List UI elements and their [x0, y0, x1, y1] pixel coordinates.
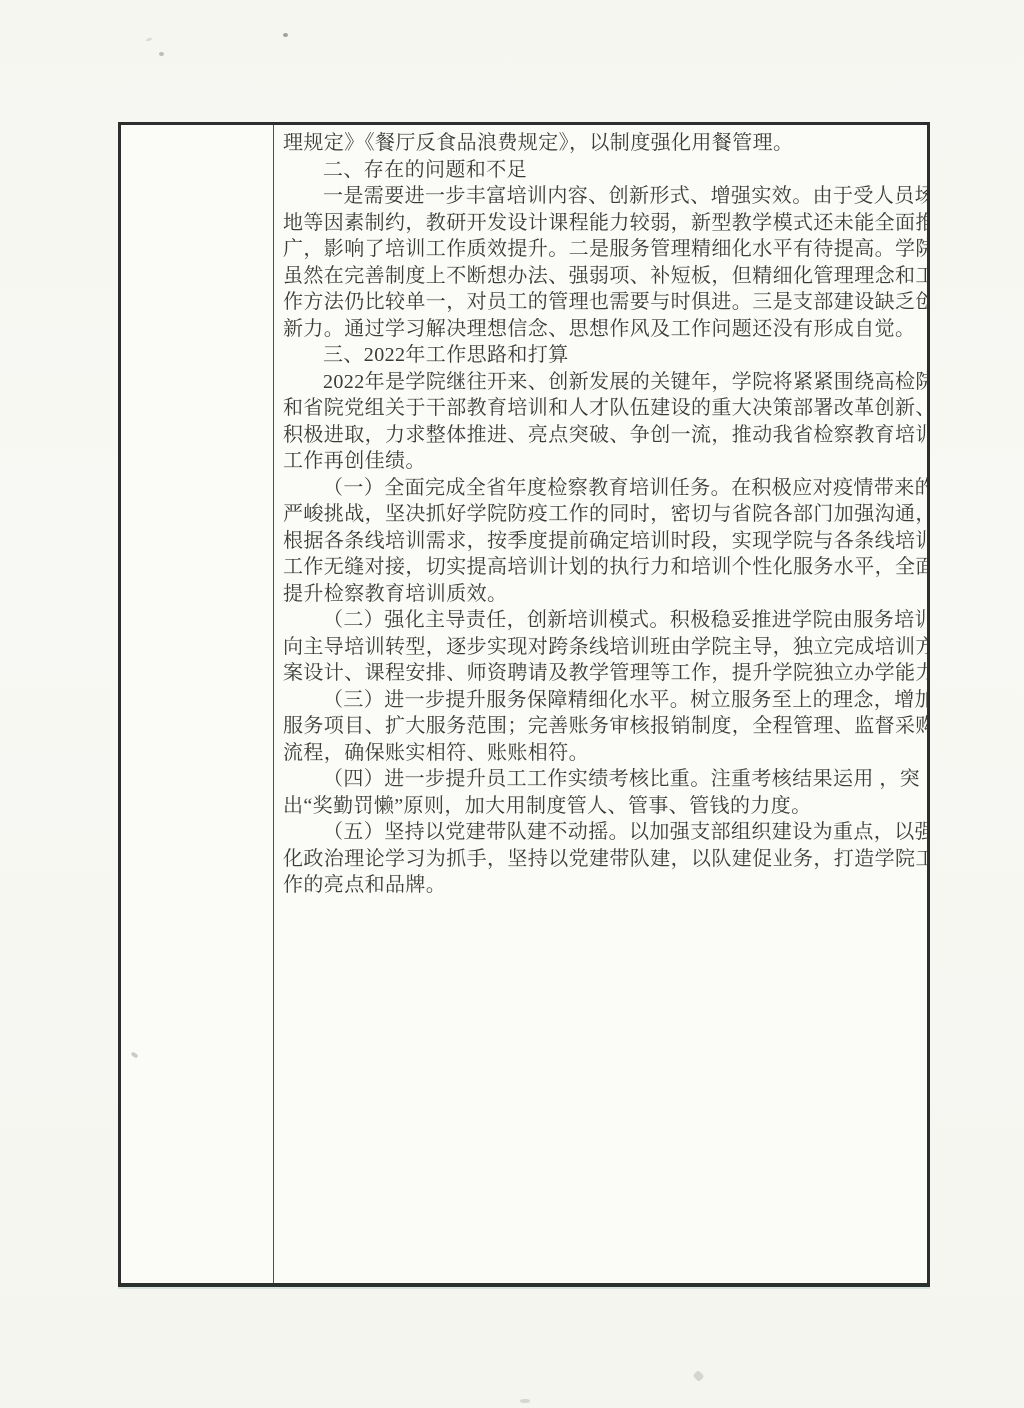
report-line: 案设计、课程安排、师资聘请及教学管理等工作，提升学院独立办学能力。	[283, 660, 919, 687]
report-line: 积极进取，力求整体推进、亮点突破、争创一流，推动我省检察教育培训	[283, 422, 919, 449]
report-line: （五）坚持以党建带队建不动摇。以加强支部组织建设为重点，以强	[283, 819, 919, 846]
report-line: 严峻挑战，坚决抓好学院防疫工作的同时，密切与省院各部门加强沟通，	[283, 501, 919, 528]
report-line: 2022年是学院继往开来、创新发展的关键年，学院将紧紧围绕高检院	[283, 369, 919, 396]
report-line: 二、存在的问题和不足	[283, 157, 919, 184]
report-line: 提升检察教育培训质效。	[283, 581, 919, 608]
report-line: 向主导培训转型，逐步实现对跨条线培训班由学院主导，独立完成培训方	[283, 634, 919, 661]
report-line: （一）全面完成全省年度检察教育培训任务。在积极应对疫情带来的	[283, 475, 919, 502]
report-line: 三、2022年工作思路和打算	[283, 342, 919, 369]
scanned-page: 理规定》《餐厅反食品浪费规定》，以制度强化用餐管理。二、存在的问题和不足一是需要…	[0, 0, 1024, 1408]
report-line: 理规定》《餐厅反食品浪费规定》，以制度强化用餐管理。	[283, 130, 919, 157]
report-line: （三）进一步提升服务保障精细化水平。树立服务至上的理念，增加	[283, 687, 919, 714]
report-line: 流程，确保账实相符、账账相符。	[283, 740, 919, 767]
report-line: 服务项目、扩大服务范围；完善账务审核报销制度，全程管理、监督采购	[283, 713, 919, 740]
report-line: 地等因素制约，教研开发设计课程能力较弱，新型教学模式还未能全面推	[283, 210, 919, 237]
report-line: 工作无缝对接，切实提高培训计划的执行力和培训个性化服务水平，全面	[283, 554, 919, 581]
report-line: 广，影响了培训工作质效提升。二是服务管理精细化水平有待提高。学院	[283, 236, 919, 263]
report-line: 和省院党组关于干部教育培训和人才队伍建设的重大决策部署改革创新、	[283, 395, 919, 422]
scan-speck	[283, 33, 288, 37]
scan-speck	[146, 37, 153, 42]
scan-speck	[159, 52, 164, 56]
report-line: （二）强化主导责任，创新培训模式。积极稳妥推进学院由服务培训	[283, 607, 919, 634]
report-line: 新力。通过学习解决理想信念、思想作风及工作问题还没有形成自觉。	[283, 316, 919, 343]
report-line: 虽然在完善制度上不断想办法、强弱项、补短板，但精细化管理理念和工	[283, 263, 919, 290]
report-line: 化政治理论学习为抓手，坚持以党建带队建，以队建促业务，打造学院工	[283, 846, 919, 873]
report-line: 出“奖勤罚懒”原则，加大用制度管人、管事、管钱的力度。	[283, 793, 919, 820]
report-line: 一是需要进一步丰富培训内容、创新形式、增强实效。由于受人员场	[283, 183, 919, 210]
report-text: 理规定》《餐厅反食品浪费规定》，以制度强化用餐管理。二、存在的问题和不足一是需要…	[283, 130, 919, 899]
report-line: 工作再创佳绩。	[283, 448, 919, 475]
report-line: 作方法仍比较单一，对员工的管理也需要与时俱进。三是支部建设缺乏创	[283, 289, 919, 316]
scan-speck	[692, 1370, 704, 1382]
report-line: （四）进一步提升员工工作实绩考核比重。注重考核结果运用 ，突	[283, 766, 919, 793]
report-table: 理规定》《餐厅反食品浪费规定》，以制度强化用餐管理。二、存在的问题和不足一是需要…	[118, 122, 930, 1287]
report-line: 根据各条线培训需求，按季度提前确定培训时段，实现学院与各条线培训	[283, 528, 919, 555]
table-content-cell: 理规定》《餐厅反食品浪费规定》，以制度强化用餐管理。二、存在的问题和不足一是需要…	[274, 125, 927, 1283]
scan-speck	[520, 1399, 530, 1403]
report-line: 作的亮点和品牌。	[283, 872, 919, 899]
table-left-cell	[121, 125, 274, 1283]
